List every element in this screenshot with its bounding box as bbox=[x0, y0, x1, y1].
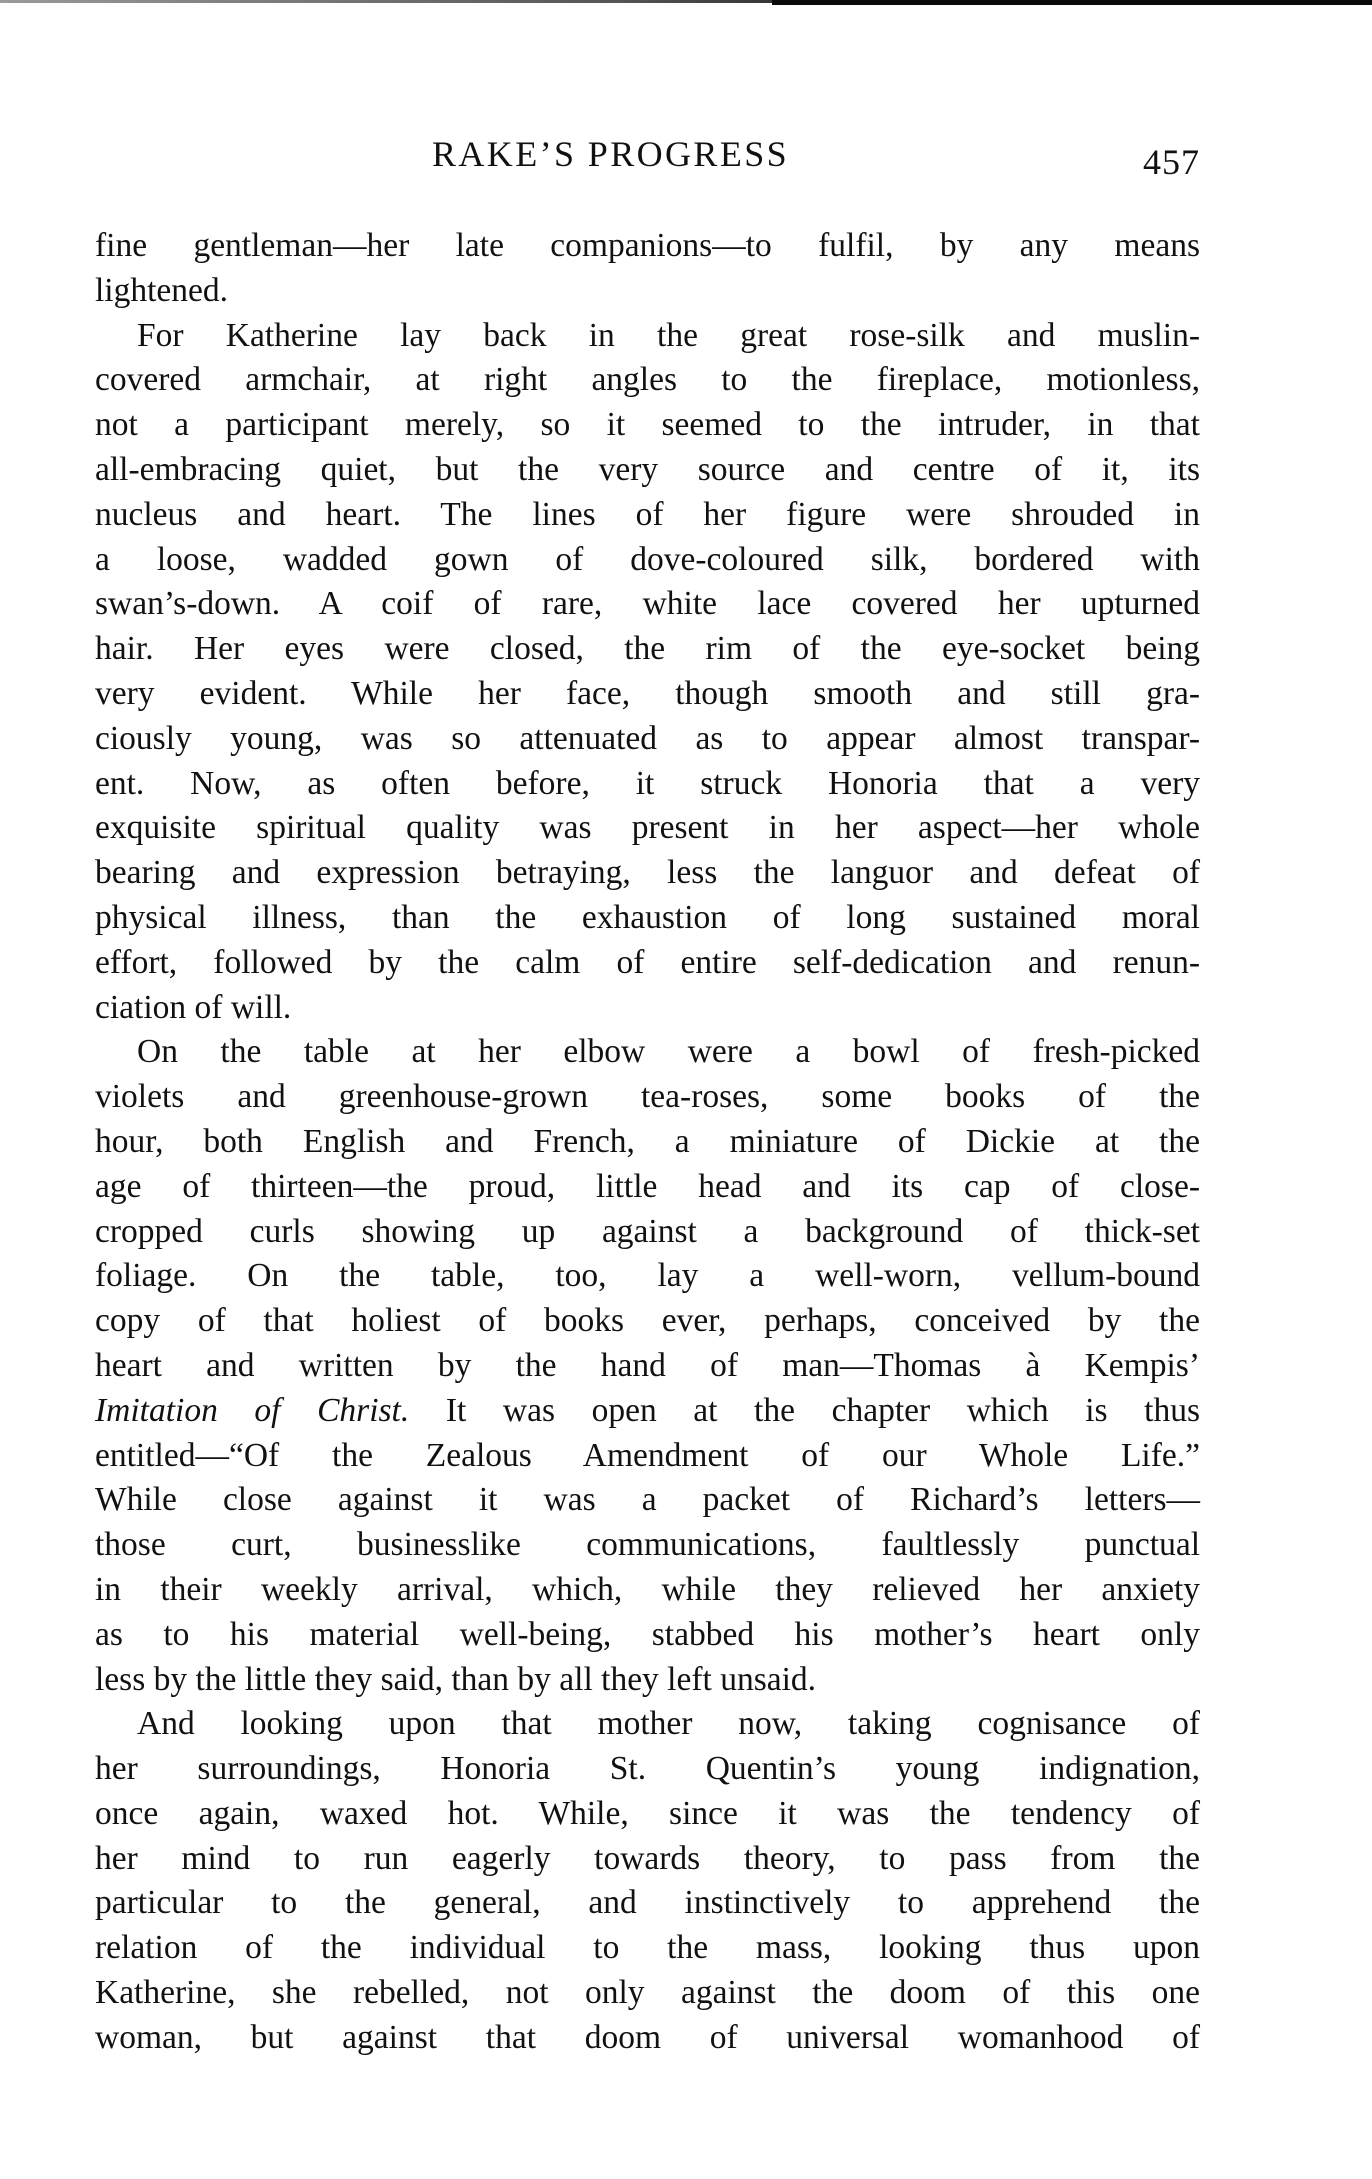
text-line: swan’s-down. A coif of rare, white lace … bbox=[95, 582, 1200, 627]
page-number: 457 bbox=[1143, 140, 1200, 184]
text-line: nucleus and heart. The lines of her figu… bbox=[95, 493, 1200, 538]
paragraph: fine gentleman—her late companions—to fu… bbox=[95, 224, 1200, 314]
text-line: very evident. While her face, though smo… bbox=[95, 672, 1200, 717]
text-line: woman, but against that doom of universa… bbox=[95, 2016, 1200, 2061]
text-line: her surroundings, Honoria St. Quentin’s … bbox=[95, 1747, 1200, 1792]
running-title: RAKE’S PROGRESS bbox=[432, 132, 789, 176]
text-line: cropped curls showing up against a backg… bbox=[95, 1210, 1200, 1255]
text-line: exquisite spiritual quality was present … bbox=[95, 806, 1200, 851]
text-line: hair. Her eyes were closed, the rim of t… bbox=[95, 627, 1200, 672]
text-line: violets and greenhouse-grown tea-roses, … bbox=[95, 1075, 1200, 1120]
running-head: RAKE’S PROGRESS 457 bbox=[95, 132, 1200, 182]
text-line: not a participant merely, so it seemed t… bbox=[95, 403, 1200, 448]
text-line: lightened. bbox=[95, 269, 1200, 314]
text-line: all-embracing quiet, but the very source… bbox=[95, 448, 1200, 493]
text-line: a loose, wadded gown of dove-coloured si… bbox=[95, 538, 1200, 583]
paragraph: For Katherine lay back in the great rose… bbox=[95, 314, 1200, 1031]
text-line: ciation of will. bbox=[95, 986, 1200, 1031]
text-line: copy of that holiest of books ever, perh… bbox=[95, 1299, 1200, 1344]
book-title-italic: Imitation of Christ. bbox=[95, 1392, 409, 1429]
text-line: ent. Now, as often before, it struck Hon… bbox=[95, 762, 1200, 807]
text-line: as to his material well-being, stabbed h… bbox=[95, 1613, 1200, 1658]
text-line: those curt, businesslike communications,… bbox=[95, 1523, 1200, 1568]
text-line: Katherine, she rebelled, not only agains… bbox=[95, 1971, 1200, 2016]
text-line: And looking upon that mother now, taking… bbox=[95, 1702, 1200, 1747]
text-line: once again, waxed hot. While, since it w… bbox=[95, 1792, 1200, 1837]
text-line: While close against it was a packet of R… bbox=[95, 1478, 1200, 1523]
text-line: covered armchair, at right angles to the… bbox=[95, 358, 1200, 403]
text-line: age of thirteen—the proud, little head a… bbox=[95, 1165, 1200, 1210]
text-line: relation of the individual to the mass, … bbox=[95, 1926, 1200, 1971]
text-line: On the table at her elbow were a bowl of… bbox=[95, 1030, 1200, 1075]
text-line: fine gentleman—her late companions—to fu… bbox=[95, 224, 1200, 269]
text-line: in their weekly arrival, which, while th… bbox=[95, 1568, 1200, 1613]
scan-edge-top-dark bbox=[772, 0, 1372, 5]
text-line: bearing and expression betraying, less t… bbox=[95, 851, 1200, 896]
text-line: entitled—“Of the Zealous Amendment of ou… bbox=[95, 1434, 1200, 1479]
paragraph: And looking upon that mother now, taking… bbox=[95, 1702, 1200, 2060]
text-line: less by the little they said, than by al… bbox=[95, 1658, 1200, 1703]
text-line: effort, followed by the calm of entire s… bbox=[95, 941, 1200, 986]
text-line: her mind to run eagerly towards theory, … bbox=[95, 1837, 1200, 1882]
text-line: For Katherine lay back in the great rose… bbox=[95, 314, 1200, 359]
text-line: heart and written by the hand of man—Tho… bbox=[95, 1344, 1200, 1389]
text-line: physical illness, than the exhaustion of… bbox=[95, 896, 1200, 941]
body-text: fine gentleman—her late companions—to fu… bbox=[95, 224, 1200, 2061]
text-line: particular to the general, and instincti… bbox=[95, 1881, 1200, 1926]
text-line: ciously young, was so attenuated as to a… bbox=[95, 717, 1200, 762]
text-line: hour, both English and French, a miniatu… bbox=[95, 1120, 1200, 1165]
paragraph: On the table at her elbow were a bowl of… bbox=[95, 1030, 1200, 1702]
text-line: Imitation of Christ. It was open at the … bbox=[95, 1389, 1200, 1434]
text-line: foliage. On the table, too, lay a well-w… bbox=[95, 1254, 1200, 1299]
